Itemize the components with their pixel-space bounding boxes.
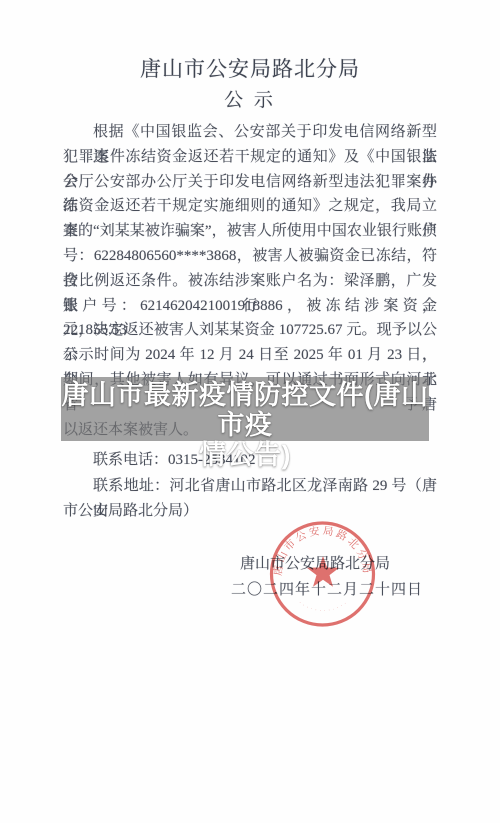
- signature-block: 唐山市公安局路北分局 二〇二四年十二月二十四日: [63, 551, 437, 603]
- document-line: 公示时间为 2024 年 12 月 24 日至 2025 年 01 月 23 日…: [63, 343, 437, 368]
- official-seal: 唐山市公安局路北分局 · · · · · · · · · · · ·: [267, 520, 377, 630]
- document-line: 元，决定返还被害人刘某某资金 107725.67 元。现予以公示，: [63, 318, 437, 343]
- document-line: 账户号：6214620421001918886，被冻结涉案资金 221855.5…: [63, 294, 437, 319]
- document-subtitle: 公 示: [63, 88, 437, 114]
- document-line: 根据《中国银监会、公安部关于印发电信网络新型违法: [63, 120, 437, 145]
- overlay-caption-line2: 情公告): [61, 440, 429, 470]
- contact-address-line1: 联系地址：河北省唐山市路北区龙泽南路 29 号（唐山: [63, 474, 437, 500]
- seal-code-marks: · · · · · · · · · · · ·: [298, 600, 348, 613]
- contact-address-line2: 市公安局路北分局）: [63, 499, 437, 525]
- seal-star-icon: [307, 556, 339, 587]
- notice-document: 唐山市公安局路北分局 公 示 根据《中国银监会、公安部关于印发电信网络新型违法 …: [63, 0, 437, 603]
- signature-name: 唐山市公安局路北分局: [63, 551, 437, 577]
- page: { "document": { "title": "唐山市公安局路北分局", "…: [0, 0, 500, 823]
- document-title: 唐山市公安局路北分局: [63, 56, 437, 82]
- document-line: 查的“刘某某被诈骗案”，被害人所使用中国农业银行账户: [63, 219, 437, 244]
- document-line: 结资金返还若干规定实施细则的通知》之规定，我局立案侦: [63, 194, 437, 219]
- document-line: 公厅公安部办公厅关于印发电信网络新型违法犯罪案件冻: [63, 170, 437, 195]
- document-line: 按比例返还条件。被冻结涉案账户名为：梁泽鹏，广发银行，: [63, 269, 437, 294]
- signature-date: 二〇二四年十二月二十四日: [63, 577, 437, 603]
- document-line: 犯罪案件冻结资金返还若干规定的通知》及《中国银监会办: [63, 145, 437, 170]
- document-line: 号：62284806560****3868，被害人被骗资金已冻结，符合: [63, 244, 437, 269]
- overlay-caption-banner: 唐山市最新疫情防控文件(唐山市疫 情公告): [61, 377, 429, 441]
- document-page: 唐山市公安局路北分局 公 示 根据《中国银监会、公安部关于印发电信网络新型违法 …: [0, 0, 500, 823]
- overlay-caption-line1: 唐山市最新疫情防控文件(唐山市疫: [61, 380, 429, 440]
